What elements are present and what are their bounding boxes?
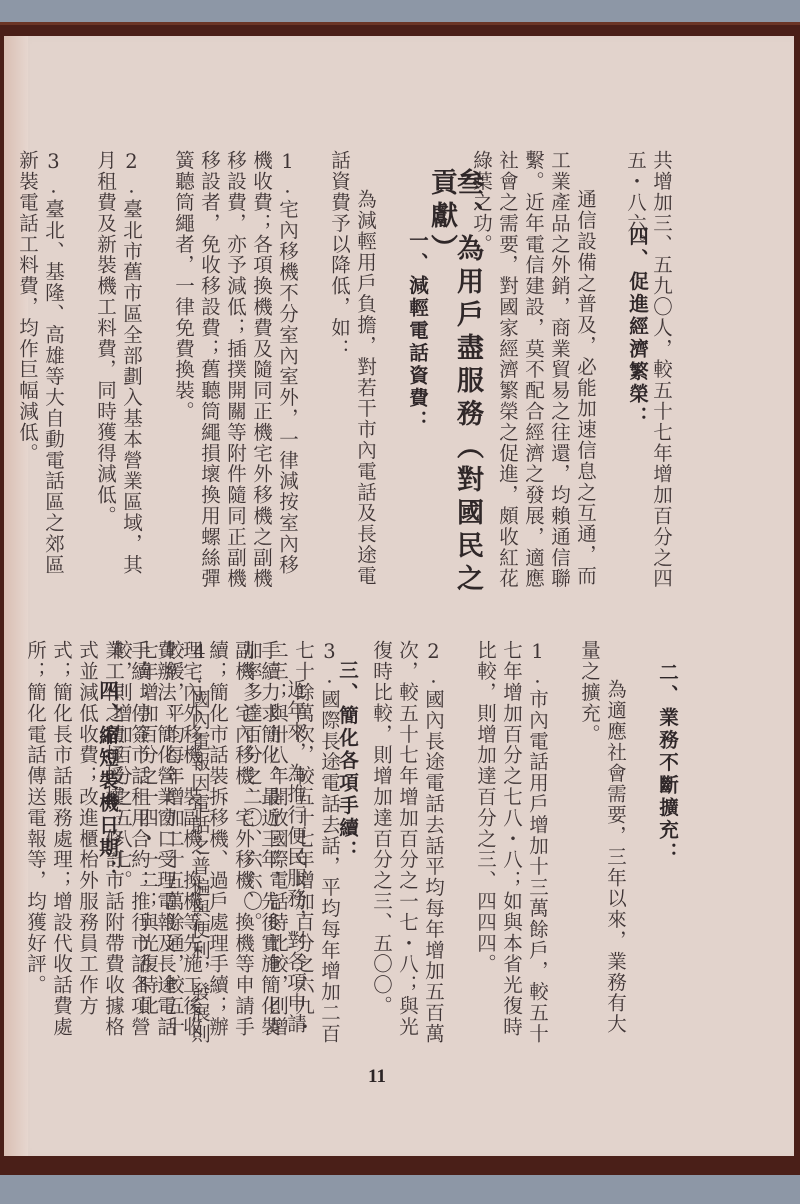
section-four-paragraph: 通信設備之普及，必能加速信息之互通，而工業產品之外銷，商業貿易之往還，均賴通信聯… bbox=[468, 150, 598, 590]
sub-one-body: 為減輕用戶負擔，對若干市內電話及長途電話資費予以降低，如： 1.宅內移機不分室內… bbox=[0, 150, 404, 590]
list-item: 1.市內電話用戶增加十三萬餘戶，較五十七年增加百分之七八・八；如與本省光復時比較… bbox=[472, 640, 550, 1050]
part-three-heading: 叁、為用戶盡服務（對國民之貢獻） bbox=[428, 168, 480, 598]
section-four-heading: 四、促進經濟繁榮： bbox=[624, 226, 650, 586]
sub-three-paragraph: 近年來，為推行便民服務，對各項申請手續力求簡化，最近三年，先後實施簡化裝副機、宅… bbox=[22, 640, 308, 1050]
page-number: 11 bbox=[368, 1066, 386, 1088]
sub-four-heading: 四、縮短裝機日期： bbox=[94, 680, 120, 1040]
sub-two-heading: 二、業務不斷擴充： bbox=[654, 662, 680, 1022]
sub-two-intro: 為適應社會需要，三年以來，業務有大量之擴充。 bbox=[576, 640, 628, 1050]
list-item: 1.宅內移機不分室內室外，一律減按室內移機收費；各項換機費及隨同正機宅外移機之副… bbox=[170, 150, 300, 590]
list-item: 2.臺北市舊市區全部劃入基本營業區域，其月租費及新裝機工料費，同時獲得減低。 bbox=[92, 150, 144, 590]
sub-three-body: 近年來，為推行便民服務，對各項申請手續力求簡化，最近三年，先後實施簡化裝副機、宅… bbox=[0, 640, 334, 1050]
list-item: 3.臺北、基隆、高雄等大自動電話區之郊區新裝電話工料費，均作巨幅減低。 bbox=[14, 150, 66, 590]
list-item: 2.國內長途電話去話平均每年增加五百萬次，較五十七年增加百分之一七・八；與光復時… bbox=[368, 640, 446, 1050]
sub-one-intro: 為減輕用戶負擔，對若干市內電話及長途電話資費予以降低，如： bbox=[326, 150, 378, 590]
sub-one-heading: 一、減輕電話資費： bbox=[404, 230, 430, 590]
sub-three-heading: 三、簡化各項手續： bbox=[334, 660, 360, 1020]
